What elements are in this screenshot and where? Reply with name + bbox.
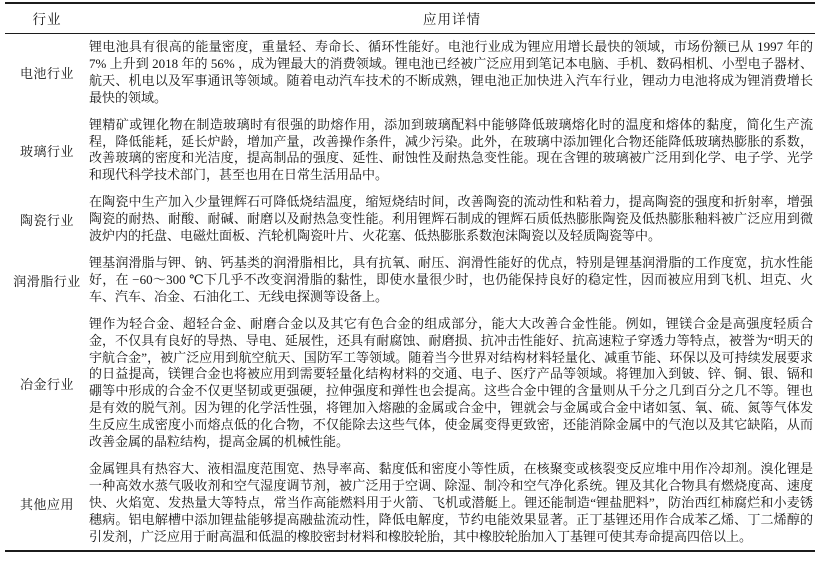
document-page: 行业 应用详情 电池行业 锂电池具有很高的能量密度，重量轻、寿命长、循环性能好。…	[0, 0, 820, 572]
industry-cell: 润滑脂行业	[5, 250, 89, 311]
table-header-row: 行业 应用详情	[5, 3, 815, 34]
table-row-glass: 玻璃行业 锂精矿或锂化物在制造玻璃时有很强的助熔作用，添加到玻璃配料中能够降低玻…	[5, 112, 815, 190]
industry-cell: 玻璃行业	[5, 112, 89, 190]
industry-cell: 电池行业	[5, 34, 89, 112]
details-cell: 金属锂具有热容大、液相温度范围宽、热导率高、黏度低和密度小等性质，在核聚变或核裂…	[89, 456, 815, 552]
industry-cell: 冶金行业	[5, 311, 89, 456]
table-row-battery: 电池行业 锂电池具有很高的能量密度，重量轻、寿命长、循环性能好。电池行业成为锂应…	[5, 34, 815, 112]
table-body: 电池行业 锂电池具有很高的能量密度，重量轻、寿命长、循环性能好。电池行业成为锂应…	[5, 34, 815, 552]
details-cell: 锂电池具有很高的能量密度，重量轻、寿命长、循环性能好。电池行业成为锂应用增长最快…	[89, 34, 815, 112]
details-cell: 锂作为轻合金、超轻合金、耐磨合金以及其它有色合金的组成部分，能大大改善合金性能。…	[89, 311, 815, 456]
table-row-other: 其他应用 金属锂具有热容大、液相温度范围宽、热导率高、黏度低和密度小等性质，在核…	[5, 456, 815, 552]
column-header-industry: 行业	[5, 3, 89, 34]
details-cell: 锂基润滑脂与钾、钠、钙基类的润滑脂相比，具有抗氧、耐压、润滑性能好的优点，特别是…	[89, 250, 815, 311]
table-row-lubricant: 润滑脂行业 锂基润滑脂与钾、钠、钙基类的润滑脂相比，具有抗氧、耐压、润滑性能好的…	[5, 250, 815, 311]
industry-cell: 陶瓷行业	[5, 189, 89, 250]
lithium-applications-table: 行业 应用详情 电池行业 锂电池具有很高的能量密度，重量轻、寿命长、循环性能好。…	[5, 2, 815, 552]
details-cell: 锂精矿或锂化物在制造玻璃时有很强的助熔作用，添加到玻璃配料中能够降低玻璃熔化时的…	[89, 112, 815, 190]
table-head: 行业 应用详情	[5, 3, 815, 34]
industry-cell: 其他应用	[5, 456, 89, 552]
table-row-metallurgy: 冶金行业 锂作为轻合金、超轻合金、耐磨合金以及其它有色合金的组成部分，能大大改善…	[5, 311, 815, 456]
column-header-details: 应用详情	[89, 3, 815, 34]
table-row-ceramics: 陶瓷行业 在陶瓷中生产加入少量锂辉石可降低烧结温度，缩短烧结时间，改善陶瓷的流动…	[5, 189, 815, 250]
details-cell: 在陶瓷中生产加入少量锂辉石可降低烧结温度，缩短烧结时间，改善陶瓷的流动性和粘着力…	[89, 189, 815, 250]
